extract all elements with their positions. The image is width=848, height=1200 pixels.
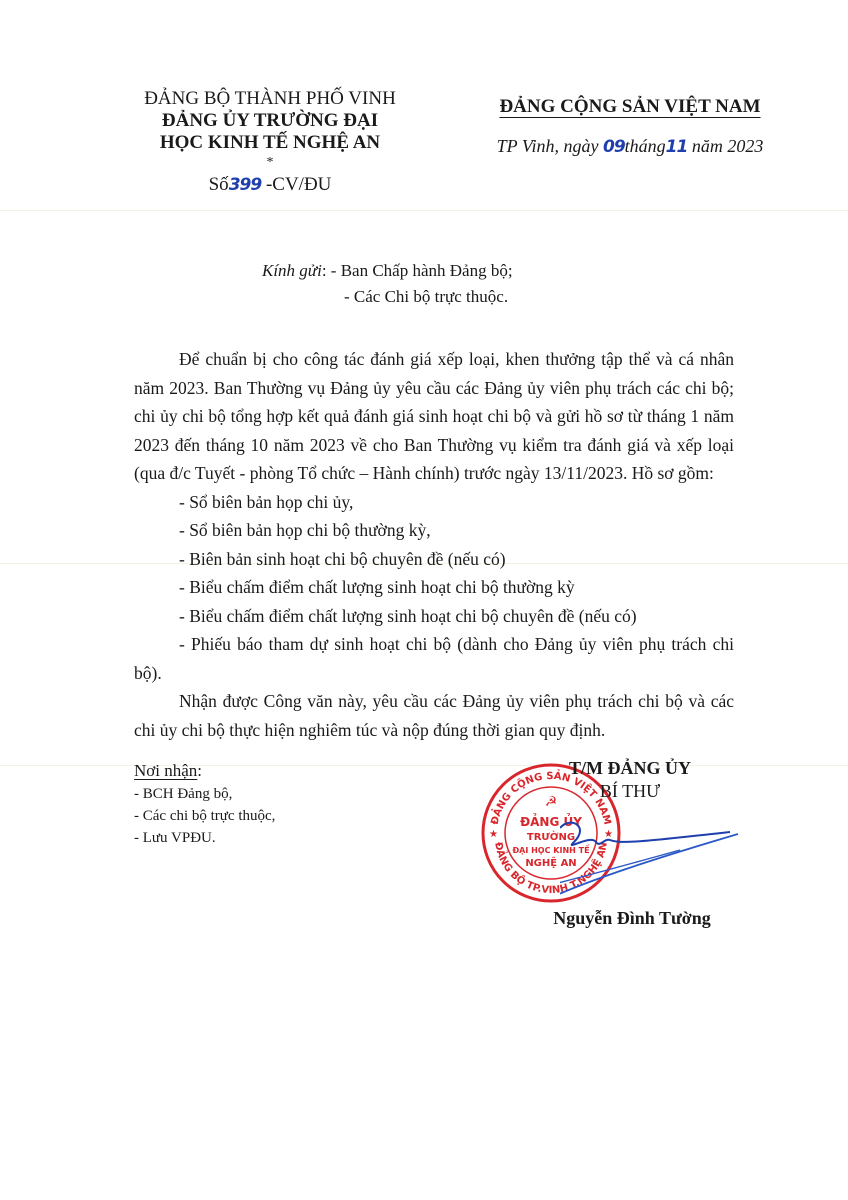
distribution-list: Nơi nhận: - BCH Đảng bộ, - Các chi bộ tr… [134, 760, 275, 849]
svg-text:★: ★ [489, 829, 498, 840]
document-list-item: - Biểu chấm điểm chất lượng sinh hoạt ch… [134, 602, 734, 631]
distribution-item: - Lưu VPĐU. [134, 827, 275, 849]
distribution-item: - BCH Đảng bộ, [134, 783, 275, 805]
signing-authority: T/M ĐẢNG ỦY [530, 758, 730, 779]
recipient-item: - Ban Chấp hành Đảng bộ; [331, 261, 513, 280]
distribution-title: Nơi nhận [134, 761, 197, 780]
document-date: TP Vinh, ngày 09tháng11 năm 2023 [450, 136, 810, 157]
signature-block: T/M ĐẢNG ỦY BÍ THƯ [490, 758, 730, 802]
year-text: năm 2023 [687, 136, 763, 156]
document-list-item: - Biểu chấm điểm chất lượng sinh hoạt ch… [134, 573, 734, 602]
recipients-block: Kính gửi: - Ban Chấp hành Đảng bộ; - Các… [262, 258, 513, 310]
document-list-item: - Sổ biên bản họp chi ủy, [134, 488, 734, 517]
handwritten-number: 399 [229, 175, 262, 195]
handwritten-signature-icon [560, 820, 740, 900]
document-number: Số399 -CV/ĐU [120, 174, 420, 196]
authority-line-1: ĐẢNG BỘ THÀNH PHỐ VINH [120, 88, 420, 110]
issuing-authority: ĐẢNG BỘ THÀNH PHỐ VINH ĐẢNG ỦY TRƯỜNG ĐẠ… [120, 88, 420, 196]
recipient-item: - Các Chi bộ trực thuộc. [262, 284, 513, 310]
party-name: ĐẢNG CỘNG SẢN VIỆT NAM [450, 96, 810, 118]
handwritten-day: 09 [603, 137, 625, 157]
handwritten-month: 11 [666, 137, 688, 157]
national-header: ĐẢNG CỘNG SẢN VIỆT NAM TP Vinh, ngày 09t… [450, 96, 810, 157]
date-prefix: TP Vinh, ngày [497, 136, 603, 156]
body-closing: Nhận được Công văn này, yêu cầu các Đảng… [134, 687, 734, 744]
scan-artifact [0, 210, 848, 211]
number-prefix: Số [209, 174, 229, 195]
star-separator: * [120, 156, 420, 170]
document-list-item: - Sổ biên bản họp chi bộ thường kỳ, [134, 516, 734, 545]
letter-body: Để chuẩn bị cho công tác đánh giá xếp lo… [134, 345, 734, 744]
body-intro: Để chuẩn bị cho công tác đánh giá xếp lo… [134, 345, 734, 488]
document-list-item: - Phiếu báo tham dự sinh hoạt chi bộ (dà… [134, 630, 734, 687]
number-suffix: -CV/ĐU [261, 174, 331, 195]
month-label: tháng [625, 136, 666, 156]
signer-name: Nguyễn Đình Tường [490, 908, 730, 929]
signer-title: BÍ THƯ [530, 781, 730, 802]
authority-line-2: ĐẢNG ỦY TRƯỜNG ĐẠI [120, 110, 420, 132]
authority-line-3: HỌC KINH TẾ NGHỆ AN [120, 132, 420, 154]
recipients-label: Kính gửi [262, 261, 322, 280]
document-list-item: - Biên bản sinh hoạt chi bộ chuyên đề (n… [134, 545, 734, 574]
distribution-item: - Các chi bộ trực thuộc, [134, 805, 275, 827]
